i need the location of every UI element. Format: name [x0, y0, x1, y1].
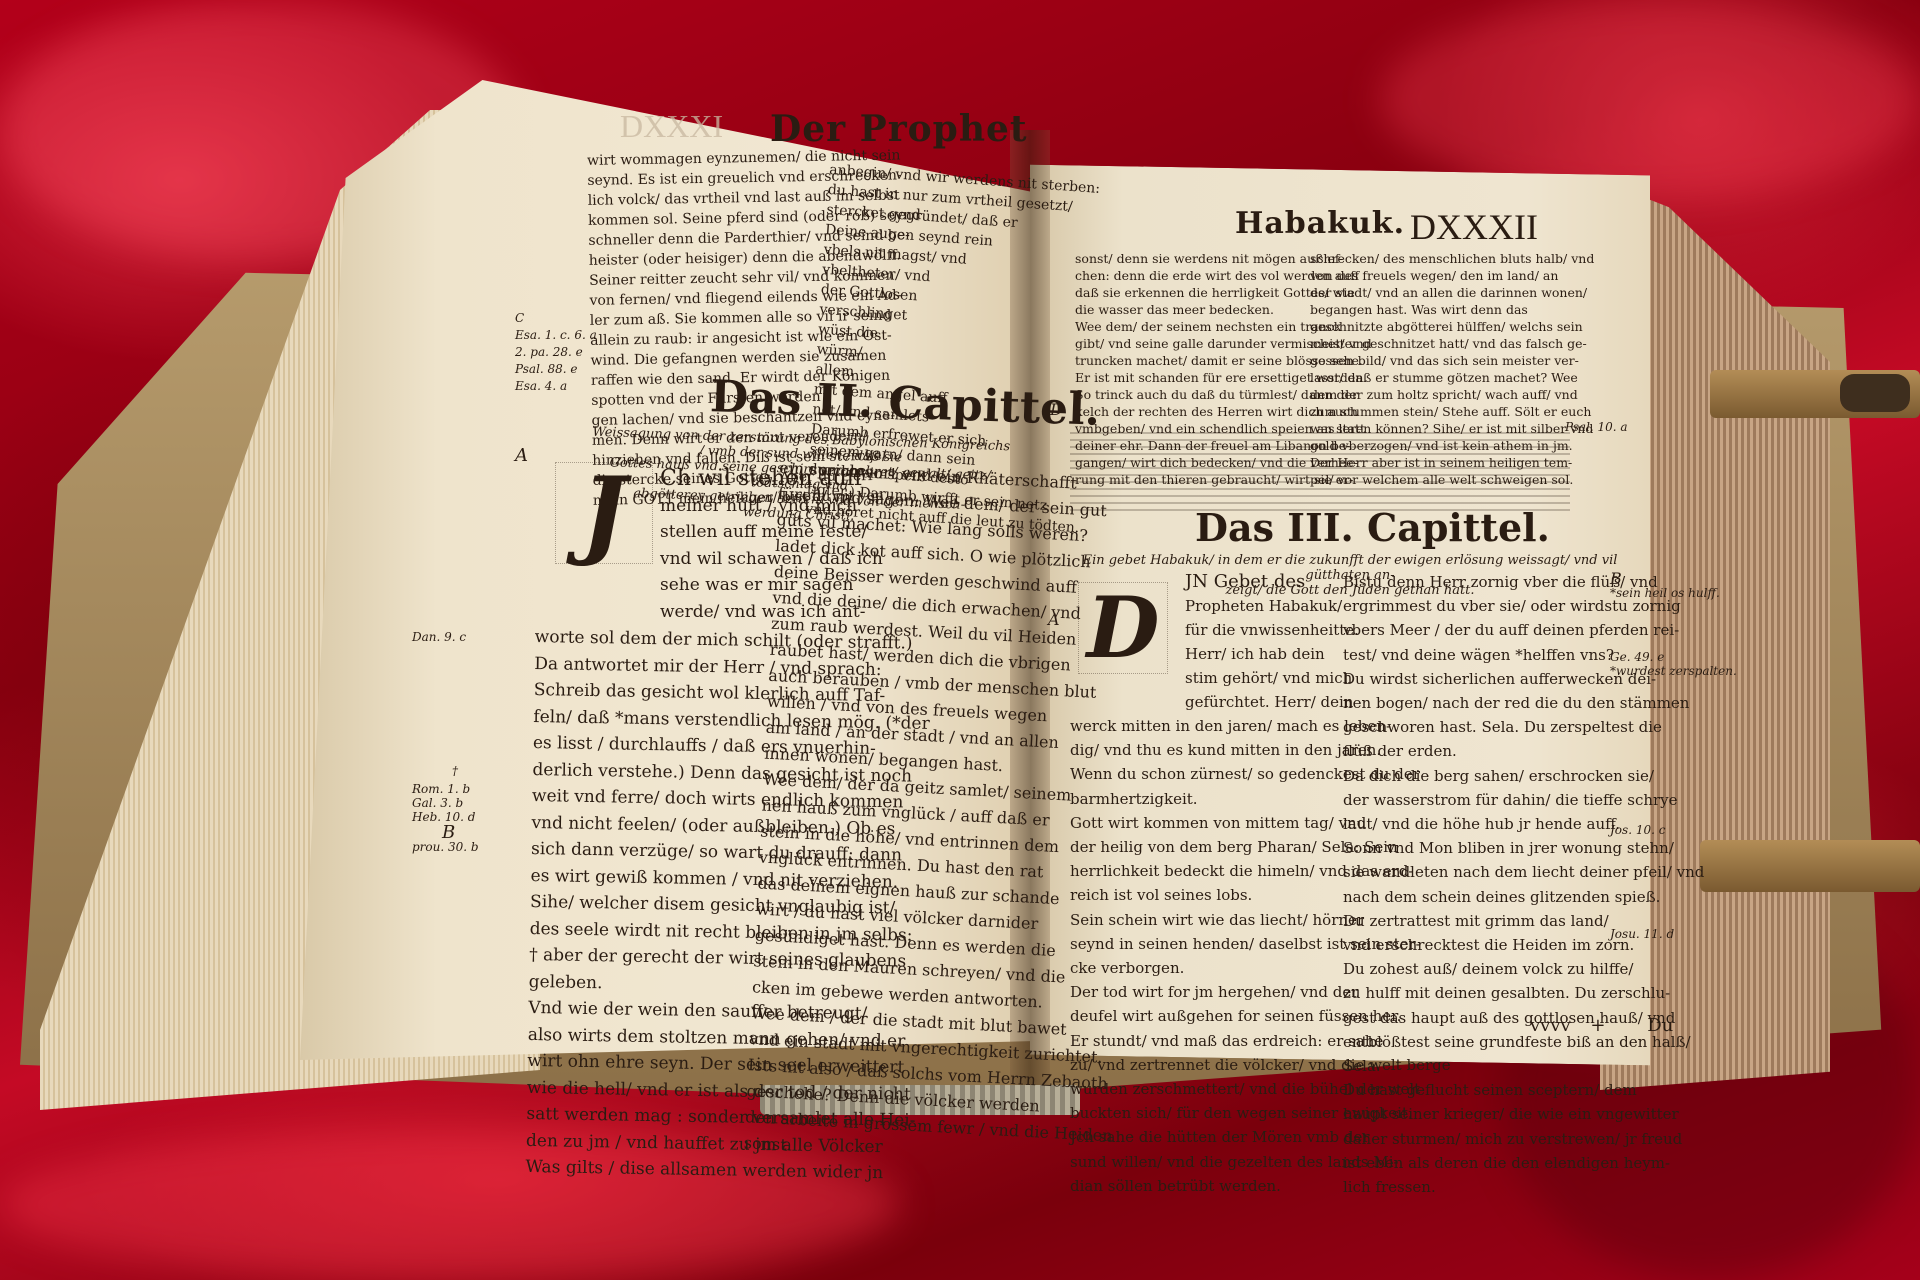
- catchword: Du: [1647, 1015, 1673, 1036]
- right-col1-main: JN Gebet desPropheten Habakuk/ für die v…: [1185, 570, 1359, 714]
- velvet-fold: [1380, 0, 1920, 200]
- right-running-head: Habakuk.: [1235, 206, 1405, 241]
- signature: vvvv: [1530, 1015, 1571, 1036]
- right-section-letter: A: [1048, 610, 1060, 629]
- decorated-initial-left: J: [555, 462, 653, 564]
- signature-mark: vvvv + Du: [1530, 1015, 1673, 1036]
- right-section-letter-d: D: [1050, 400, 1063, 419]
- clasp-metal: [1840, 374, 1910, 412]
- left-running-head: Der Prophet: [770, 108, 1028, 150]
- right-chapter-heading: Das III. Capittel.: [1195, 505, 1550, 550]
- left-folio-number: DXXXI: [620, 108, 723, 145]
- clasp-upper: [1710, 370, 1920, 418]
- left-side-notes-top: C Esa. 1. c. 6. a 2. pa. 28. e Psal. 88.…: [515, 310, 597, 395]
- right-footnote-block: [1070, 432, 1570, 512]
- left-section-letter: A: [515, 445, 528, 466]
- right-side-notes-main: B *sein heil os hulff. Ge. 49. e *wurdes…: [1610, 572, 1737, 941]
- right-folio-number: DXXXII: [1410, 206, 1538, 248]
- signature-cross: +: [1590, 1015, 1605, 1036]
- right-side-note-psal: Psal. 10. a: [1565, 420, 1628, 434]
- decorated-initial-right: D: [1078, 582, 1168, 674]
- left-side-notes-main: Dan. 9. c † Rom. 1. b Gal. 3. b Heb. 10.…: [412, 630, 479, 854]
